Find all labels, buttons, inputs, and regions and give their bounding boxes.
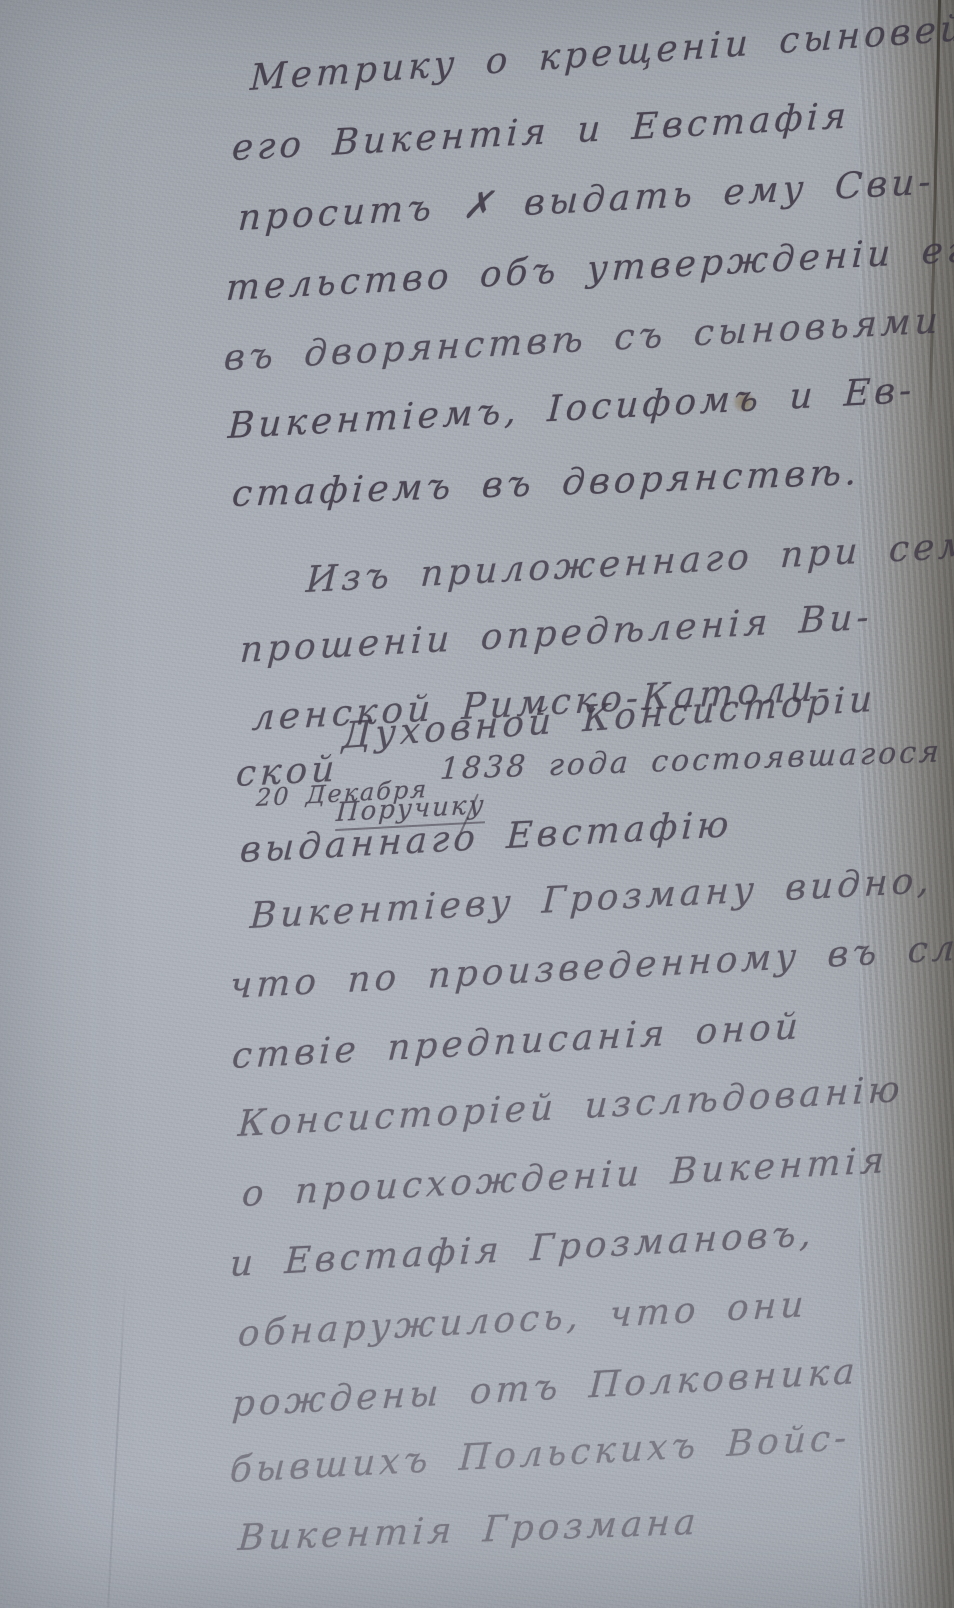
manuscript-line: ствіе предписанія оной [231,1006,803,1077]
manuscript-line: Викентіеву Грозману видно, [249,860,934,937]
manuscript-line: бывшихъ Польскихъ Войс- [229,1417,851,1491]
manuscript-line: обнаружилось, что они [237,1284,809,1355]
manuscript-line: выданнаго Евстафію [239,804,734,871]
manuscript-photo: Метрику о крещеніи сыновей его Викентія … [0,0,954,1608]
manuscript-line: Викентіемъ, Іосифомъ и Ев- [227,370,916,447]
manuscript-line: рождены отъ Полковника [231,1351,860,1425]
manuscript-line: и Евстафія Грозмановъ, [229,1213,816,1285]
manuscript-line: Метрику о крещеніи сыновей [249,8,954,99]
manuscript-line: прошеніи опредѣленія Ви- [239,597,874,671]
paper-crease [107,1268,127,1608]
manuscript-line: стафіемъ въ дворянствѣ. [231,452,862,515]
manuscript-line: о происхожденіи Викентія [241,1140,889,1215]
manuscript-line: Викентія Грозмана [237,1502,701,1559]
manuscript-line: проситъ ✗ выдать ему Сви- [237,161,936,239]
manuscript-line: Консисторіей изслѣдованію [237,1069,905,1145]
manuscript-line: въ дворянствѣ съ сыновьями [223,300,943,379]
manuscript-line: его Викентія и Евстафія [231,96,851,170]
manuscript-line: тельство объ утвержденіи его [225,228,954,309]
manuscript-line: что по произведенному въ слѣд- [229,924,954,1007]
manuscript-line: Изъ приложеннаго при семъ [305,524,954,602]
